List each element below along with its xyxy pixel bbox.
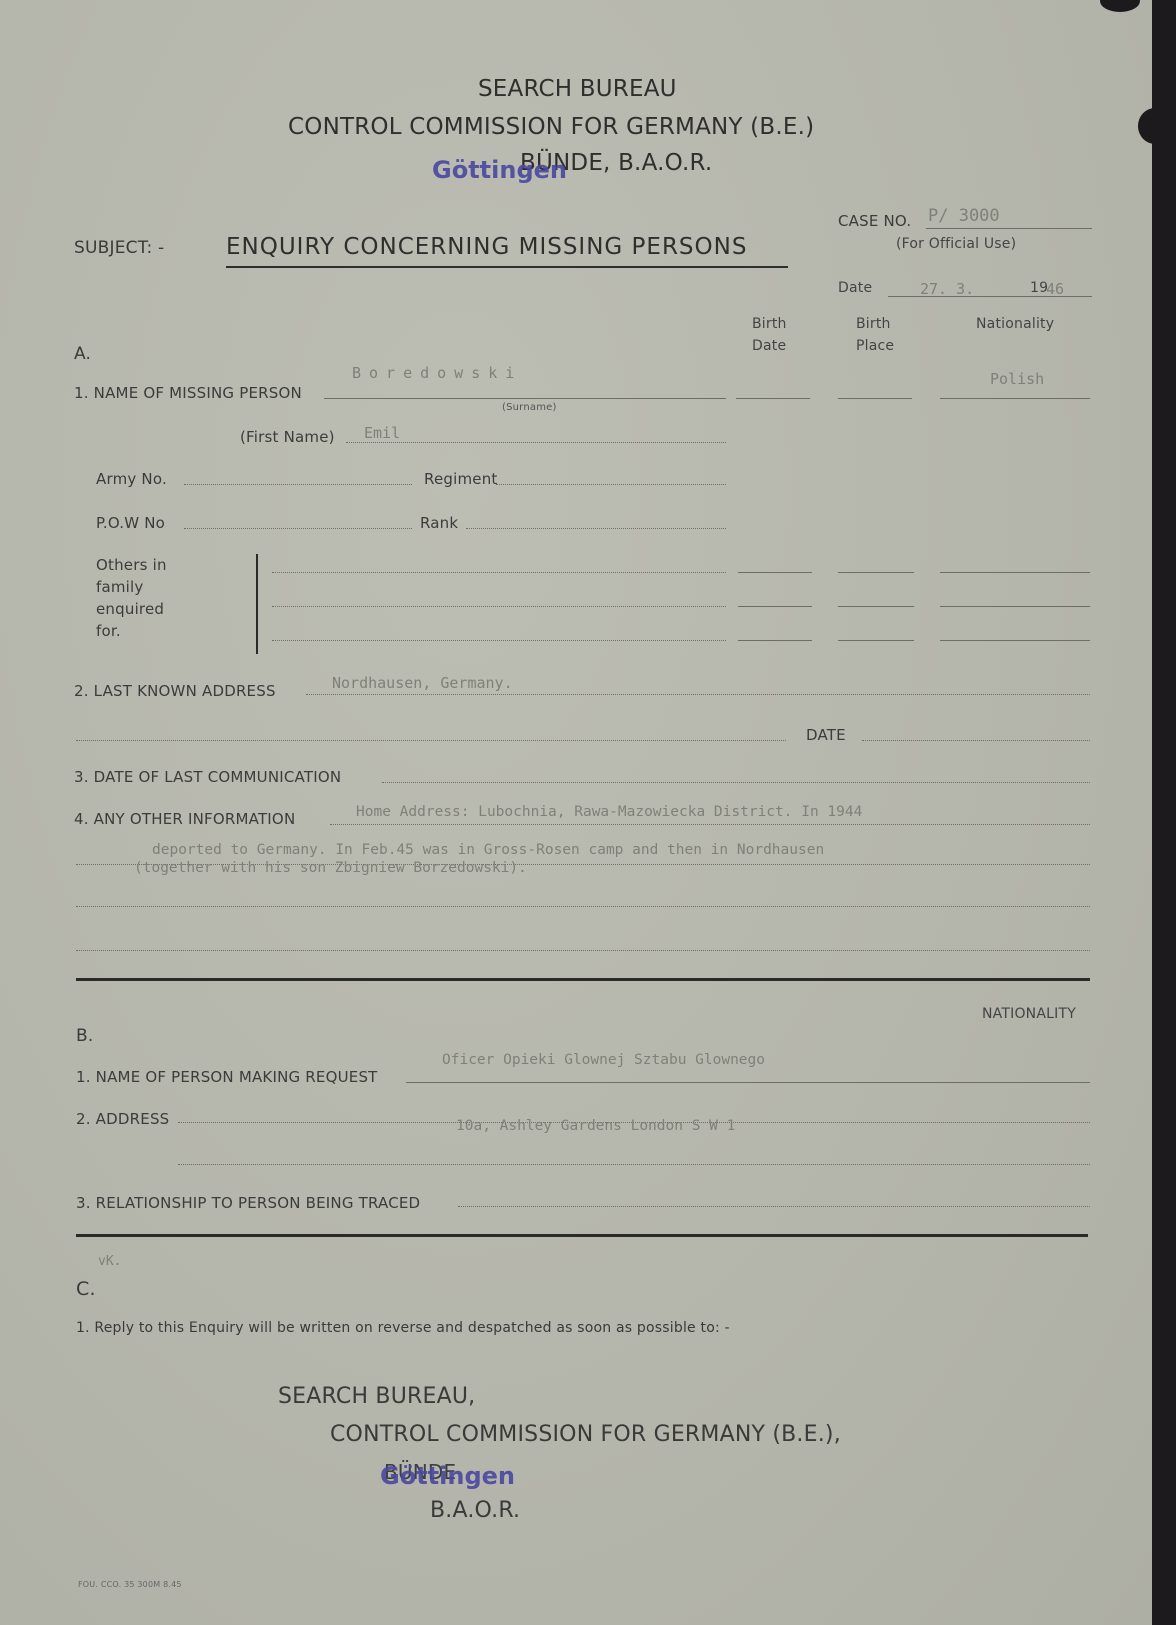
q2-line-1: [306, 694, 1090, 695]
birth-date-line: [736, 398, 810, 399]
subject-label: SUBJECT: -: [74, 238, 164, 258]
others-line-2[interactable]: [272, 606, 726, 607]
b-q1-line: [406, 1082, 1090, 1083]
q2-last-address-value[interactable]: Nordhausen, Germany.: [332, 674, 513, 692]
section-divider-b: [76, 1234, 1088, 1237]
official-use-note: (For Official Use): [896, 236, 1016, 252]
others-label-4: for.: [96, 622, 121, 640]
others-line-3-bd: [738, 640, 812, 641]
q2-line-2[interactable]: [76, 740, 786, 741]
others-line-1-nat: [940, 572, 1090, 573]
section-c-letter: C.: [76, 1278, 96, 1300]
q4-line-1-value[interactable]: Home Address: Lubochnia, Rawa-Mazowiecka…: [356, 804, 862, 820]
q4-line-2-value[interactable]: deported to Germany. In Feb.45 was in Gr…: [152, 842, 824, 858]
location-stamp: Göttingen: [432, 156, 567, 184]
army-no-line[interactable]: [184, 484, 412, 485]
c-reply-instructions: 1. Reply to this Enquiry will be written…: [76, 1320, 730, 1336]
case-no-value[interactable]: P/ 3000: [928, 206, 1000, 226]
date-day-month[interactable]: 27. 3.: [920, 280, 974, 298]
address-date-label: DATE: [806, 726, 846, 744]
others-line-2-nat: [940, 606, 1090, 607]
section-b-letter: B.: [76, 1026, 93, 1046]
print-code: FOU. CCO. 35 300M 8.45: [78, 1580, 182, 1589]
address-date-line[interactable]: [862, 740, 1090, 741]
section-divider-a: [76, 978, 1090, 981]
q1-missing-person-label: 1. NAME OF MISSING PERSON: [74, 384, 302, 402]
surname-line: [324, 398, 726, 399]
others-line-1-bd: [738, 572, 812, 573]
first-name-label: (First Name): [240, 428, 335, 446]
q3-last-communication-label: 3. DATE OF LAST COMMUNICATION: [74, 768, 341, 786]
torn-corner: [1100, 0, 1140, 12]
return-address-line-1: SEARCH BUREAU,: [278, 1384, 475, 1409]
nationality-value[interactable]: Polish: [990, 370, 1044, 388]
return-address-line-4: B.A.O.R.: [430, 1498, 520, 1523]
q4-line-1: [330, 824, 1090, 825]
case-no-label: CASE NO.: [838, 212, 911, 230]
regiment-line[interactable]: [496, 484, 726, 485]
first-name-line: [346, 442, 726, 443]
q4-other-info-label: 4. ANY OTHER INFORMATION: [74, 810, 295, 828]
header-line-2: CONTROL COMMISSION FOR GERMANY (B.E.): [288, 114, 814, 140]
others-bracket: [256, 554, 258, 654]
others-label-3: enquired: [96, 600, 164, 618]
others-line-1[interactable]: [272, 572, 726, 573]
subject-underline: [226, 266, 788, 268]
return-address-stamp: Göttingen: [380, 1462, 515, 1490]
pow-no-label: P.O.W No: [96, 514, 165, 532]
col-birth-place-2: Place: [856, 338, 894, 354]
b-q1-requester-value[interactable]: Oficer Opieki Glownej Sztabu Glownego: [442, 1052, 765, 1068]
rank-label: Rank: [420, 514, 458, 532]
case-no-line: [926, 228, 1092, 229]
col-birth-date-2: Date: [752, 338, 786, 354]
q4-line-3: [76, 906, 1090, 907]
b-q2-address-label: 2. ADDRESS: [76, 1110, 169, 1128]
punch-hole: [1138, 108, 1172, 144]
b-q1-requester-label: 1. NAME OF PERSON MAKING REQUEST: [76, 1068, 378, 1086]
others-label-1: Others in: [96, 556, 167, 574]
return-address-line-2: CONTROL COMMISSION FOR GERMANY (B.E.),: [330, 1422, 841, 1447]
regiment-label: Regiment: [424, 470, 498, 488]
b-q3-relationship-label: 3. RELATIONSHIP TO PERSON BEING TRACED: [76, 1194, 420, 1212]
others-line-3-nat: [940, 640, 1090, 641]
rank-line[interactable]: [466, 528, 726, 529]
first-name-value[interactable]: Emil: [364, 424, 400, 442]
others-line-1-bp: [838, 572, 914, 573]
q4-line-3-value[interactable]: (together with his son Zbigniew Borzedow…: [134, 860, 527, 876]
nationality-line: [940, 398, 1090, 399]
b-q2-line-2[interactable]: [178, 1164, 1090, 1165]
q2-last-address-label: 2. LAST KNOWN ADDRESS: [74, 682, 276, 700]
section-a-letter: A.: [74, 344, 91, 364]
initials-mark: vK.: [98, 1254, 121, 1269]
birth-place-line: [838, 398, 912, 399]
form-page: SEARCH BUREAU CONTROL COMMISSION FOR GER…: [0, 0, 1152, 1625]
subject-title: ENQUIRY CONCERNING MISSING PERSONS: [226, 234, 747, 260]
col-birth-date-1: Birth: [752, 316, 787, 332]
date-year-suffix[interactable]: 46: [1046, 280, 1064, 298]
others-label-2: family: [96, 578, 144, 596]
others-line-3-bp: [838, 640, 914, 641]
pow-no-line[interactable]: [184, 528, 412, 529]
header-line-1: SEARCH BUREAU: [478, 76, 677, 102]
others-line-3[interactable]: [272, 640, 726, 641]
q3-line[interactable]: [382, 782, 1090, 783]
surname-caption: (Surname): [502, 402, 557, 413]
q4-line-4: [76, 950, 1090, 951]
b-q2-address-value[interactable]: 10a, Ashley Gardens London S W 1: [456, 1118, 735, 1134]
surname-value[interactable]: Boredowski: [352, 364, 522, 382]
others-line-2-bp: [838, 606, 914, 607]
date-label: Date: [838, 280, 872, 296]
section-b-nationality-label: NATIONALITY: [982, 1006, 1076, 1022]
others-line-2-bd: [738, 606, 812, 607]
col-birth-place-1: Birth: [856, 316, 891, 332]
col-nationality: Nationality: [976, 316, 1054, 332]
b-q3-line[interactable]: [458, 1206, 1090, 1207]
army-no-label: Army No.: [96, 470, 167, 488]
